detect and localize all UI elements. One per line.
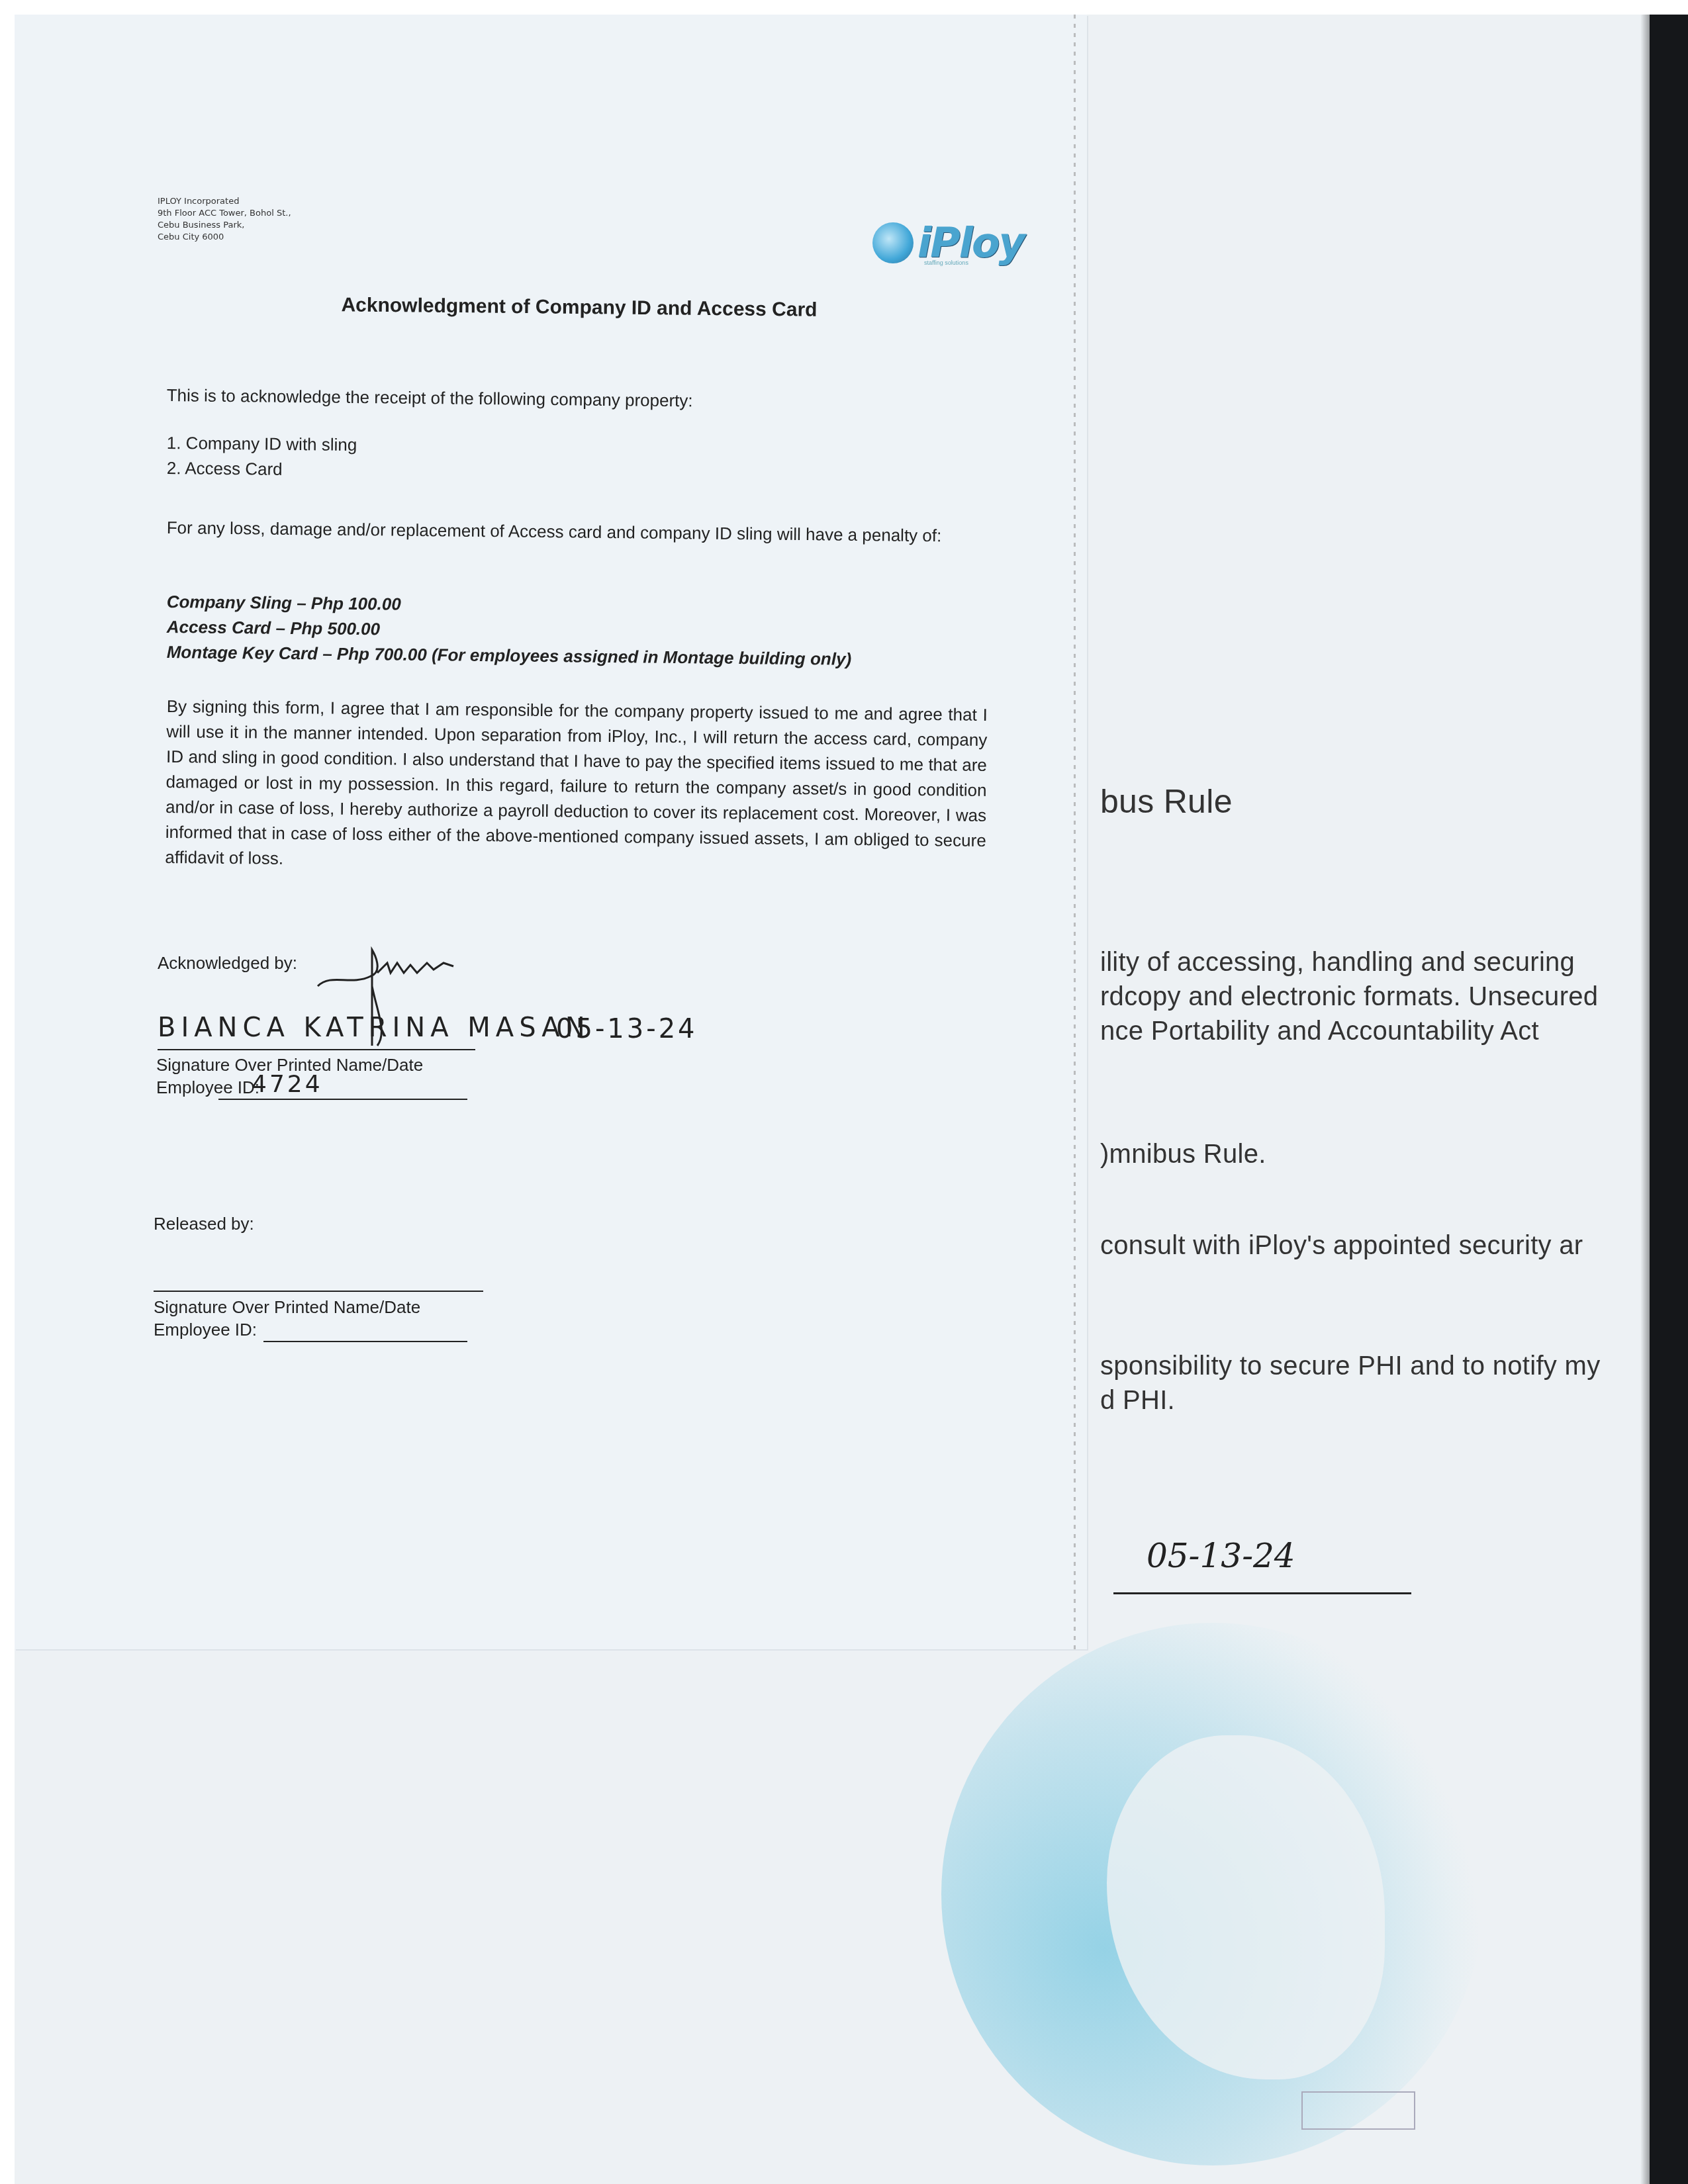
underlying-line: ility of accessing, handling and securin…	[1100, 948, 1575, 978]
logo-tagline: staffing solutions	[924, 259, 968, 266]
address-line: Cebu City 6000	[158, 232, 291, 244]
released-signature-line	[154, 1291, 483, 1292]
acknowledged-by-label: Acknowledged by:	[158, 953, 297, 974]
company-address: IPLOY Incorporated 9th Floor ACC Tower, …	[158, 196, 291, 244]
underlying-line: )mnibus Rule.	[1100, 1140, 1266, 1169]
released-by-label: Released by:	[154, 1214, 254, 1234]
acknowledged-date: 05-13-24	[556, 1014, 698, 1044]
underlying-line: d PHI.	[1100, 1386, 1175, 1416]
penalty-access-card: Access Card – Php 500.00	[167, 614, 381, 641]
employee-id-line	[218, 1099, 467, 1100]
underlying-line: sponsibility to secure PHI and to notify…	[1100, 1351, 1600, 1381]
item-2: 2. Access Card	[167, 455, 283, 482]
underlying-line: nce Portability and Accountability Act	[1100, 1017, 1539, 1046]
signature-line	[158, 1049, 475, 1050]
underlying-title: bus Rule	[1100, 782, 1233, 821]
footer-box	[1301, 2091, 1415, 2130]
printed-name: BIANCA KATRINA MASAN	[158, 1013, 590, 1043]
address-line: 9th Floor ACC Tower, Bohol St.,	[158, 208, 291, 220]
underlying-date-line	[1113, 1592, 1411, 1594]
globe-logo-icon	[872, 222, 914, 263]
address-line: Cebu Business Park,	[158, 220, 291, 232]
item-1: 1. Company ID with sling	[167, 430, 357, 457]
released-signature-caption: Signature Over Printed Name/Date	[154, 1297, 420, 1318]
iploy-logo: iPloy staffing solutions	[872, 218, 1024, 267]
underlying-line: rdcopy and electronic formats. Unsecured	[1100, 982, 1598, 1012]
underlying-handwritten-date: 05-13-24	[1147, 1537, 1295, 1575]
released-employee-id-label: Employee ID:	[154, 1320, 257, 1340]
employee-id-label: Employee ID:	[156, 1077, 259, 1098]
released-employee-id-line	[263, 1341, 467, 1342]
scanner-edge	[1650, 15, 1688, 2184]
page-fold-line	[1074, 15, 1076, 1649]
penalty-sling: Company Sling – Php 100.00	[167, 589, 401, 617]
underlying-line: consult with iPloy's appointed security …	[1100, 1231, 1583, 1261]
address-line: IPLOY Incorporated	[158, 196, 291, 208]
faded-header-row	[1113, 217, 1590, 220]
agreement-text: By signing this form, I agree that I am …	[165, 694, 988, 878]
employee-id-value: 4724	[252, 1071, 323, 1098]
